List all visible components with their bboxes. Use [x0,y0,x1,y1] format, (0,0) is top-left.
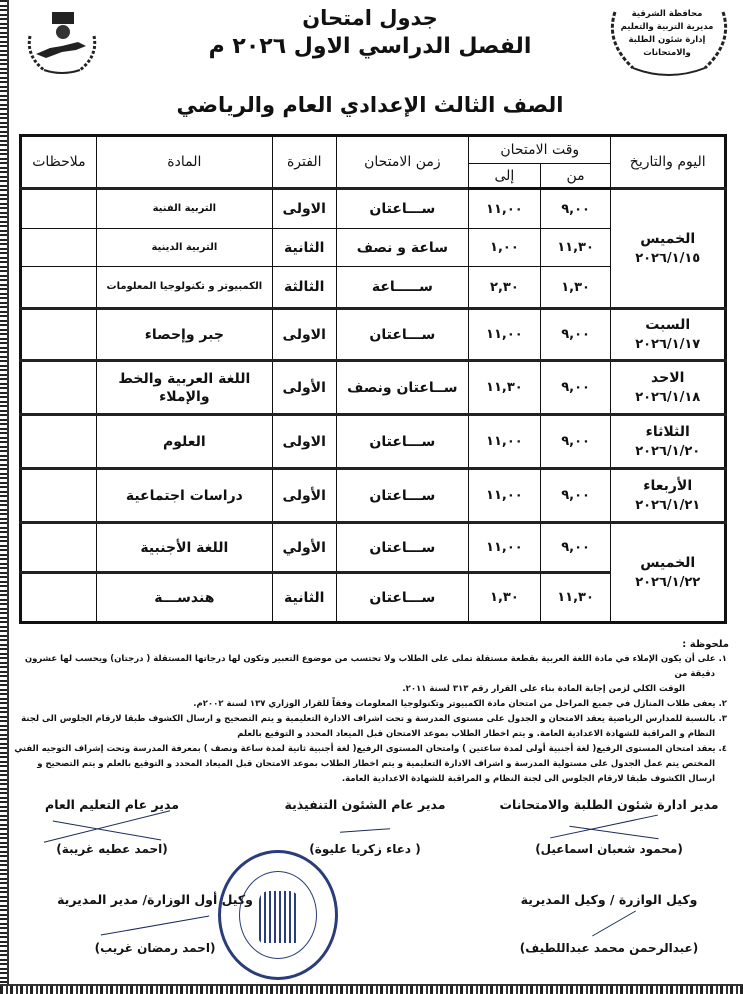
note-item: ٤. يعقد امتحان المستوى الرفيع( لغة أجنبي… [14,742,733,787]
period-cell: الأولى [272,361,336,415]
title-line-2: الفصل الدراسي الاول ٢٠٢٦ م [150,32,590,62]
day-date: ٢٠٢٦/١/٢٠ [611,442,724,462]
signature-role: وكيل الوازرة / وكيل المديرية [489,892,729,907]
signature-name: (احمد عطيه غريبة) [22,842,202,856]
duration-cell: ســاعتان ونصف [336,361,468,415]
to-cell: ١١,٣٠ [469,361,541,415]
duration-cell: ســـاعتان [336,309,468,361]
notes-cell [21,189,97,229]
header-period: الفترة [272,136,336,189]
from-cell: ٩,٠٠ [540,189,611,229]
subject-cell: اللغة العربية والخط والإملاء [96,361,272,415]
signature-block: مدير ادارة شئون الطلبة والامتحانات (محمو… [489,797,729,856]
from-cell: ٩,٠٠ [540,469,611,523]
day-cell: الخميس ٢٠٢٦/١/٢٢ [611,523,726,623]
day-name: الخميس [611,229,724,249]
to-cell: ٢,٣٠ [469,267,541,309]
subject-cell: اللغة الأجنبية [96,523,272,573]
to-cell: ١١,٠٠ [469,415,541,469]
from-cell: ١١,٣٠ [540,573,611,623]
signature-scribble-icon [250,812,480,842]
from-cell: ١,٣٠ [540,267,611,309]
signature-name: (عبدالرحمن محمد عبداللطيف) [489,941,729,955]
subject-cell: هندســـة [96,573,272,623]
signature-block: وكيل الوازرة / وكيل المديرية (عبدالرحمن … [489,892,729,955]
signature-scribble-icon [489,812,729,842]
notes-cell [21,309,97,361]
note-item: ٣. بالنسبة للمدارس الرياضية يعقد الامتحا… [14,712,733,742]
subject-cell: العلوم [96,415,272,469]
note-item: ٢. يعفى طلاب المنازل في جميع المراحل من … [14,697,733,712]
table-row: الأربعاء ٢٠٢٦/١/٢١ ٩,٠٠ ١١,٠٠ ســـاعتان … [21,469,726,523]
ministry-logo: محافظة الشرقية مديرية التربية والتعليم إ… [603,2,735,80]
signature-scribble-icon [489,907,729,941]
duration-cell: ســـاعتان [336,573,468,623]
signature-block: مدير عام التعليم العام (احمد عطيه غريبة) [22,797,202,856]
signature-role: مدير ادارة شئون الطلبة والامتحانات [489,797,729,812]
period-cell: الاولى [272,415,336,469]
from-cell: ٩,٠٠ [540,523,611,573]
day-name: الاحد [611,368,724,388]
signature-role: مدير عام الشئون التنفيذية [250,797,480,812]
notes-cell [21,469,97,523]
notes-cell [21,523,97,573]
table-row: السبت ٢٠٢٦/١/١٧ ٩,٠٠ ١١,٠٠ ســـاعتان الا… [21,309,726,361]
subject-cell: الكمبيوتر و تكنولوجيا المعلومات [96,267,272,309]
exam-schedule-table: اليوم والتاريخ وقت الامتحان زمن الامتحان… [19,134,727,624]
note-item-continued: الوقت الكلي لزمن إجابة المادة بناء على ا… [14,682,733,697]
day-date: ٢٠٢٦/١/١٧ [611,335,724,355]
duration-cell: ســـاعتان [336,523,468,573]
table-row: الخميس ٢٠٢٦/١/١٥ ٩,٠٠ ١١,٠٠ ســـاعتان ال… [21,189,726,229]
notes-cell [21,267,97,309]
to-cell: ١١,٠٠ [469,189,541,229]
header-to: إلى [469,164,541,189]
header-notes: ملاحظات [21,136,97,189]
day-cell: الاحد ٢٠٢٦/١/١٨ [611,361,726,415]
day-cell: الثلاثاء ٢٠٢٦/١/٢٠ [611,415,726,469]
duration-cell: ســـاعتان [336,189,468,229]
to-cell: ١,٣٠ [469,573,541,623]
period-cell: الأولى [272,469,336,523]
day-date: ٢٠٢٦/١/٢١ [611,496,724,516]
subject-cell: دراسات اجتماعية [96,469,272,523]
table-row: الخميس ٢٠٢٦/١/٢٢ ٩,٠٠ ١١,٠٠ ســـاعتان ال… [21,523,726,573]
duration-cell: ســـــاعة [336,267,468,309]
day-name: السبت [611,315,724,335]
from-cell: ٩,٠٠ [540,415,611,469]
signature-scribble-icon [22,812,202,842]
table-row: الثلاثاء ٢٠٢٦/١/٢٠ ٩,٠٠ ١١,٠٠ ســـاعتان … [21,415,726,469]
day-cell: الأربعاء ٢٠٢٦/١/٢١ [611,469,726,523]
from-cell: ٩,٠٠ [540,309,611,361]
to-cell: ١١,٠٠ [469,309,541,361]
notes-cell [21,415,97,469]
from-cell: ١١,٣٠ [540,229,611,267]
signature-role: مدير عام التعليم العام [22,797,202,812]
decorative-border-bottom [0,984,743,994]
ministry-line-3: إدارة شئون الطلبة والامتحانات [617,34,717,60]
ministry-line-1: محافظة الشرقية [617,8,717,21]
day-cell: الخميس ٢٠٢٦/١/١٥ [611,189,726,309]
header-duration: زمن الامتحان [336,136,468,189]
official-stamp-icon [218,850,338,980]
period-cell: الثانية [272,573,336,623]
to-cell: ١,٠٠ [469,229,541,267]
day-name: الأربعاء [611,476,724,496]
notes-cell [21,361,97,415]
day-date: ٢٠٢٦/١/٢٢ [611,573,724,593]
eagle-emblem-icon [259,891,299,943]
day-cell: السبت ٢٠٢٦/١/١٧ [611,309,726,361]
header-from: من [540,164,611,189]
notes-cell [21,573,97,623]
subject-cell: جبر وإحصاء [96,309,272,361]
ministry-line-2: مديرية التربية والتعليم [617,21,717,34]
signature-block: مدير عام الشئون التنفيذية ( دعاء زكريا ع… [250,797,480,856]
period-cell: الثانية [272,229,336,267]
period-cell: الثالثة [272,267,336,309]
subject-cell: التربية الفنية [96,189,272,229]
day-date: ٢٠٢٦/١/١٥ [611,249,724,269]
day-name: الثلاثاء [611,422,724,442]
day-name: الخميس [611,553,724,573]
title-line-1: جدول امتحان [150,4,590,32]
header-day-date: اليوم والتاريخ [611,136,726,189]
duration-cell: ســـاعتان [336,415,468,469]
decorative-border-left [0,0,9,994]
header-exam-time: وقت الامتحان [469,136,611,164]
notes-section: ملحوظة : ١. على أن يكون الإملاء في مادة … [14,637,733,787]
signature-name: (محمود شعبان اسماعيل) [489,842,729,856]
to-cell: ١١,٠٠ [469,523,541,573]
notes-cell [21,229,97,267]
note-item: ١. على أن يكون الإملاء في مادة اللغة الع… [14,652,733,682]
notes-heading: ملحوظة : [14,637,729,652]
period-cell: الاولى [272,309,336,361]
to-cell: ١١,٠٠ [469,469,541,523]
duration-cell: ساعة و نصف [336,229,468,267]
day-date: ٢٠٢٦/١/١٨ [611,388,724,408]
governorate-emblem-icon [22,6,102,76]
document-title: جدول امتحان الفصل الدراسي الاول ٢٠٢٦ م [150,4,590,62]
from-cell: ٩,٠٠ [540,361,611,415]
header-subject: المادة [96,136,272,189]
table-row: الاحد ٢٠٢٦/١/١٨ ٩,٠٠ ١١,٣٠ ســاعتان ونصف… [21,361,726,415]
period-cell: الأولي [272,523,336,573]
grade-title: الصف الثالث الإعدادي العام والرياضي [150,93,590,117]
period-cell: الاولى [272,189,336,229]
duration-cell: ســـاعتان [336,469,468,523]
subject-cell: التربية الدينية [96,229,272,267]
